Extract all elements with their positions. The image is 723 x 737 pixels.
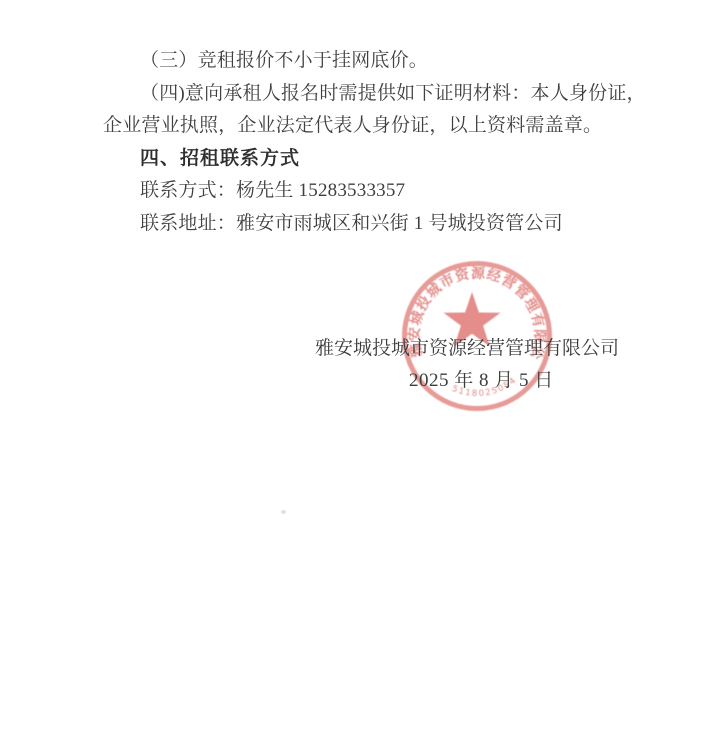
paragraph-item-4-line-1: （四)意向承租人报名时需提供如下证明材料：本人身份证， (103, 78, 625, 111)
paragraph-item-3: （三）竞租报价不小于挂网底价。 (103, 45, 625, 78)
signature-company: 雅安城投城市资源经营管理有限公司 (315, 333, 619, 366)
document-body: （三）竞租报价不小于挂网底价。 （四)意向承租人报名时需提供如下证明材料：本人身… (103, 45, 625, 240)
signature-date: 2025 年 8 月 5 日 (409, 365, 554, 398)
document-page: （三）竞租报价不小于挂网底价。 （四)意向承租人报名时需提供如下证明材料：本人身… (0, 0, 723, 737)
contact-address-line: 联系地址：雅安市雨城区和兴街 1 号城投资管公司 (103, 208, 625, 241)
scan-speck (281, 510, 286, 514)
section-heading: 四、招租联系方式 (103, 143, 625, 176)
contact-phone-line: 联系方式：杨先生 15283533357 (103, 175, 625, 208)
paragraph-item-4-line-2: 企业营业执照，企业法定代表人身份证，以上资料需盖章。 (103, 110, 625, 143)
